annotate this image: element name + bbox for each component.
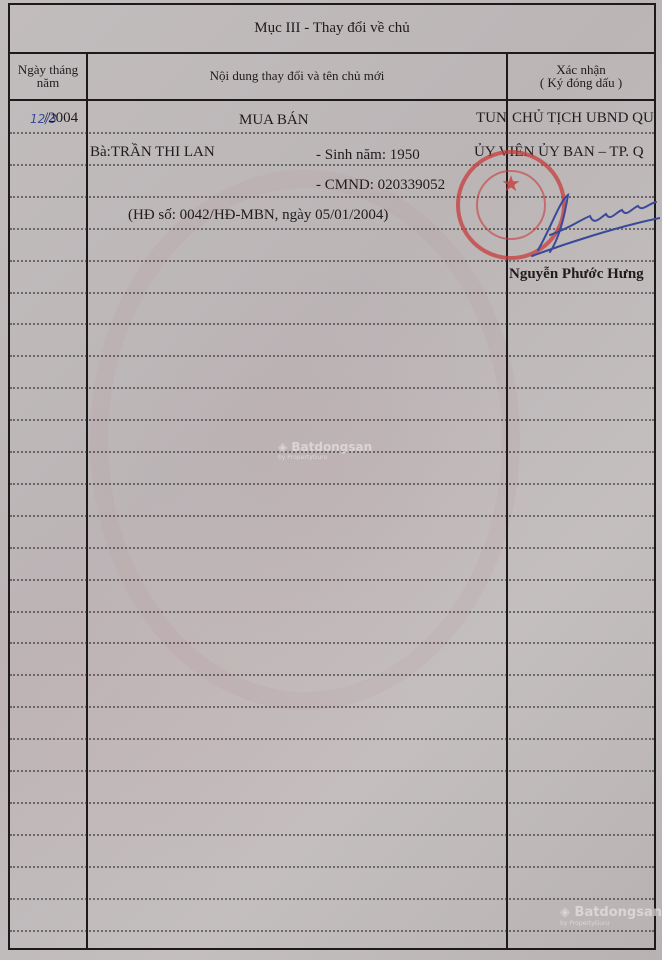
document-page: Mục III - Thay đổi về chủ Ngày tháng năm… — [0, 0, 662, 960]
ruled-line — [10, 834, 654, 836]
ruled-line — [10, 898, 654, 900]
column-header-confirm-line1: Xác nhận — [556, 63, 605, 76]
watermark-logo-icon: ◈ — [278, 440, 291, 454]
watermark-corner: ◈ Batdongsan by PropertyGuru — [560, 905, 662, 927]
ruled-line — [10, 132, 654, 134]
ruled-line — [10, 738, 654, 740]
column-header-row: Ngày tháng năm Nội dung thay đổi và tên … — [10, 52, 654, 101]
column-header-date-line1: Ngày tháng — [18, 63, 78, 76]
watermark-tagline: by PropertyGuru — [560, 920, 662, 927]
column-header-content-text: Nội dung thay đổi và tên chủ mới — [210, 69, 385, 82]
column-header-content: Nội dung thay đổi và tên chủ mới — [88, 52, 506, 99]
watermark-tagline: by PropertyGuru — [278, 454, 372, 461]
confirmation-prefix: TUN — [476, 110, 507, 127]
signer-name: Nguyễn Phước Hưng — [509, 266, 644, 283]
column-header-date-line2: năm — [37, 76, 59, 89]
ruled-line — [10, 802, 654, 804]
entry-owner-name: Bà:TRẦN THI LAN — [90, 144, 215, 161]
watermark-brand: Batdongsan — [291, 440, 372, 454]
ruled-line — [10, 930, 654, 932]
watermark-center: ◈ Batdongsan by PropertyGuru — [278, 440, 372, 461]
ruled-line — [10, 483, 654, 485]
ruled-line — [10, 355, 654, 357]
entry-birth-year: - Sinh năm: 1950 — [316, 147, 420, 164]
ruled-line — [10, 547, 654, 549]
ruled-line — [10, 866, 654, 868]
ruled-line — [10, 770, 654, 772]
watermark-logo-icon: ◈ — [560, 905, 575, 920]
ruled-line — [10, 387, 654, 389]
column-header-confirm-line2: ( Ký đóng dấu ) — [540, 76, 622, 89]
ruled-line — [10, 579, 654, 581]
entry-date-year: /2004 — [44, 110, 78, 127]
ruled-line — [10, 706, 654, 708]
ruled-line — [10, 164, 654, 166]
watermark-brand: Batdongsan — [575, 905, 662, 920]
column-divider — [86, 52, 88, 948]
column-header-date: Ngày tháng năm — [10, 52, 86, 99]
ruled-line — [10, 642, 654, 644]
ruled-line — [10, 611, 654, 613]
ruled-line — [10, 292, 654, 294]
ruled-line — [10, 419, 654, 421]
ruled-line — [10, 323, 654, 325]
column-header-confirmation: Xác nhận ( Ký đóng dấu ) — [508, 52, 654, 99]
section-title: Mục III - Thay đổi về chủ — [10, 5, 654, 54]
entry-contract-reference: (HĐ số: 0042/HĐ-MBN, ngày 05/01/2004) — [128, 207, 388, 224]
entry-transaction-type: MUA BÁN — [239, 112, 309, 129]
section-title-text: Mục III - Thay đổi về chủ — [254, 20, 410, 37]
ruled-line — [10, 674, 654, 676]
entry-id-number: - CMND: 020339052 — [316, 177, 445, 194]
ruled-line — [10, 515, 654, 517]
handwritten-signature — [520, 190, 660, 260]
confirmation-title-line1: CHỦ TỊCH UBND QU — [512, 110, 654, 127]
